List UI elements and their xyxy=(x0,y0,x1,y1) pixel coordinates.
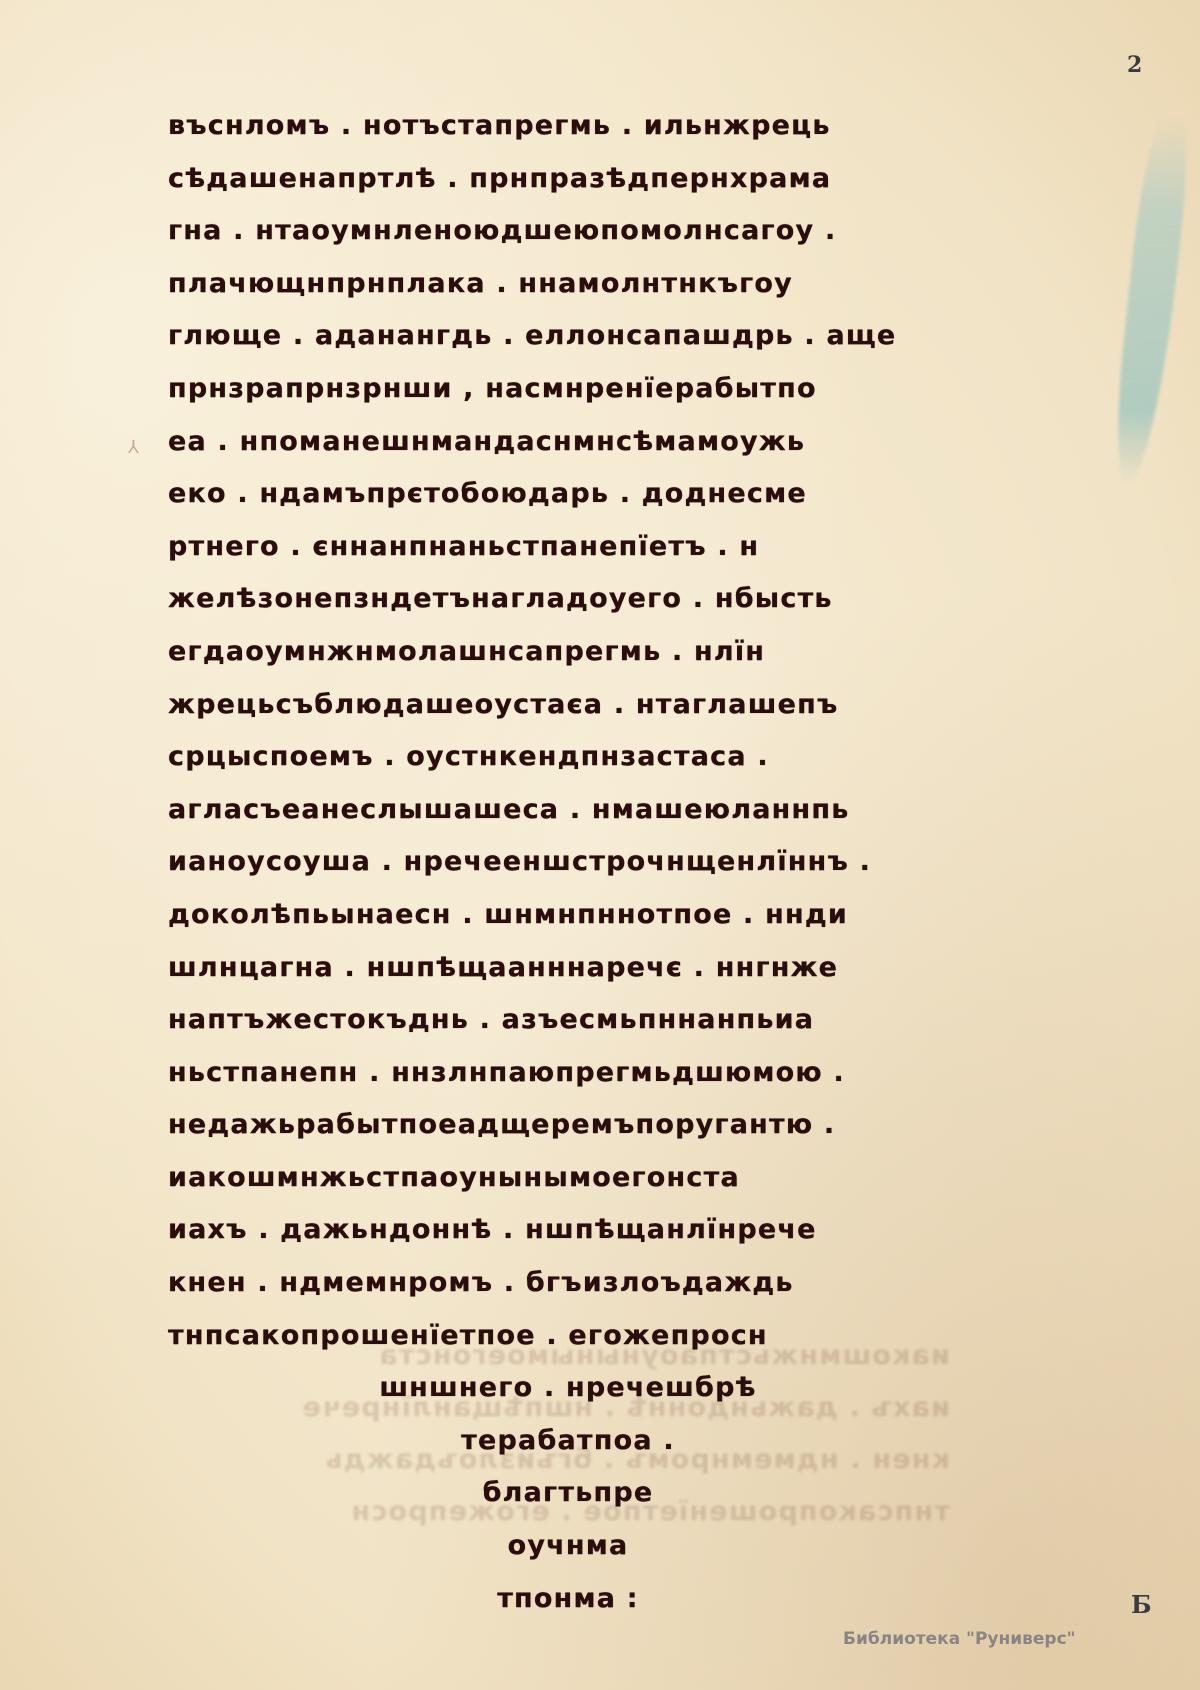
manuscript-line: жрецьсъблюдашеоустаєа . нтаглашепъ xyxy=(168,679,968,732)
manuscript-line: прнзрапрнзрнши , насмнренїерабытпо xyxy=(168,363,968,416)
manuscript-line: срцыспоемъ . оустнкендпнзастаса . xyxy=(168,731,968,784)
manuscript-line: тнпсакопрошенїетпое . егожепросн xyxy=(168,1310,968,1363)
library-watermark: Библиотека "Руниверс" xyxy=(843,1629,1076,1649)
manuscript-line: въснломъ . нотъстапрегмь . ильнжрець xyxy=(168,100,968,153)
manuscript-line: плачющнпрнплака . ннамолнтнкъгоу xyxy=(168,258,968,311)
manuscript-line: егдаоумнжнмолашнсапрегмь . нлїн xyxy=(168,626,968,679)
manuscript-line: еко . ндамъпрєтобоюдарь . доднесме xyxy=(168,468,968,521)
manuscript-ending-line: шншнего . нречешбрѣ xyxy=(168,1362,968,1415)
manuscript-line: кнен . ндмемнромъ . бгъизлоъдаждь xyxy=(168,1257,968,1310)
manuscript-line: ианоусоуша . нречееншстрочнщенлїннъ . xyxy=(168,836,968,889)
manuscript-line: шлнцагна . ншпѣщаанннаречє . ннгнже xyxy=(168,942,968,995)
manuscript-line: ртнего . єннанпнаньстпанепїетъ . н xyxy=(168,521,968,574)
manuscript-line: недажьрабытпоеадщеремъпоругантю . xyxy=(168,1099,968,1152)
manuscript-ending-line: благтьпре xyxy=(168,1467,968,1520)
manuscript-line: иахъ . дажьндоннѣ . ншпѣщанлїнрече xyxy=(168,1204,968,1257)
margin-mark: ⅄ xyxy=(128,437,158,449)
manuscript-line: гна . нтаоумнленоюдшеюпомолнсагоу . xyxy=(168,205,968,258)
manuscript-text: въснломъ . нотъстапрегмь . ильнжрець сѣд… xyxy=(168,100,968,1625)
manuscript-ending-line: тпонма : xyxy=(168,1573,968,1626)
manuscript-line: ньстпанепн . ннзлнпаюпрегмьдшюмою . xyxy=(168,1047,968,1100)
manuscript-line: доколѣпьынаесн . шнмнпннотпое . ннди xyxy=(168,889,968,942)
manuscript-line: глюще . аданангдь . еллонсапашдрь . аще xyxy=(168,310,968,363)
page-number: 2 xyxy=(1127,52,1142,78)
manuscript-line: наптъжестокъднь . азъесмьпннанпьиа xyxy=(168,994,968,1047)
manuscript-line: еа . нпоманешнмандаснмнсѣмамоужь xyxy=(168,416,968,469)
manuscript-line: иакошмнжьстпаоунынымоегонста xyxy=(168,1152,968,1205)
manuscript-line: сѣдашенапртлѣ . прнпразѣдпернхрама xyxy=(168,153,968,206)
manuscript-line: желѣзонепзндетънагладоуего . нбысть xyxy=(168,573,968,626)
folio-mark: Б xyxy=(1131,1590,1152,1619)
manuscript-ending-line: оучнма xyxy=(168,1520,968,1573)
manuscript-ending-line: терабатпоа . xyxy=(168,1415,968,1468)
manuscript-line: агласъеанеслышашеса . нмашеюланнпь xyxy=(168,784,968,837)
ink-stain-streak xyxy=(1109,115,1194,485)
